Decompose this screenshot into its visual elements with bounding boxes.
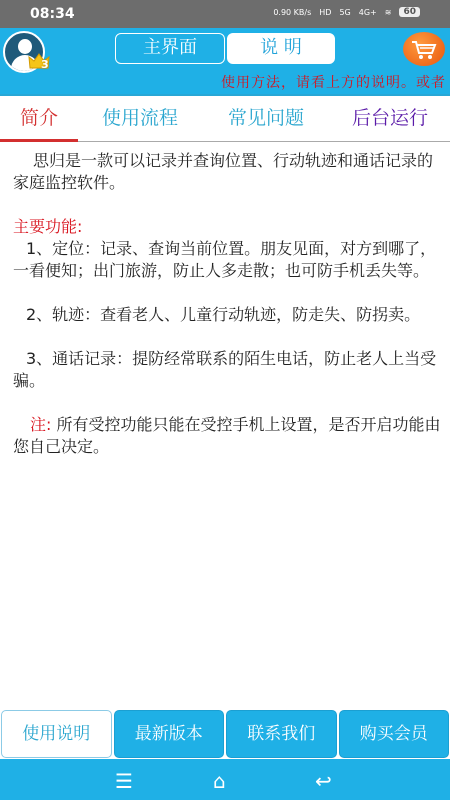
intro-text: 思归是一款可以记录并查询位置、行动轨迹和通话记录的家庭监控软件。 [13,151,433,192]
tab-main[interactable]: 主界面 [115,33,225,64]
cart-button[interactable] [403,32,445,66]
status-icons: 0.90 KB/s HD 5G 4G+ ≋ 60 [273,7,420,17]
tab-background-run[interactable]: 后台运行 [330,96,450,141]
battery-icon: 60 [399,7,420,17]
menu-icon[interactable]: ☰ [115,769,133,793]
vip-level-badge: 3 [41,58,49,71]
note-label: 注: [30,415,51,434]
status-bar: 08:34 0.90 KB/s HD 5G 4G+ ≋ 60 [0,0,450,28]
tab-usage-flow[interactable]: 使用流程 [78,96,202,141]
tab-intro[interactable]: 简介 [0,96,78,141]
intro-content: 思归是一款可以记录并查询位置、行动轨迹和通话记录的家庭监控软件。 主要功能: 1… [13,150,443,480]
system-nav-bar: ☰ ⌂ ↩ [0,759,450,800]
wifi-icon: ≋ [385,8,392,17]
status-time: 08:34 [30,6,75,22]
tab-help[interactable]: 说 明 [227,33,335,64]
latest-version-button[interactable]: 最新版本 [114,710,225,758]
cart-icon [403,32,445,66]
features-title: 主要功能: [13,216,443,238]
note-text: 所有受控功能只能在受控手机上设置，是否开启功能由您自己决定。 [13,415,441,456]
hd-icon: HD [319,8,331,17]
feature-2-text: 2、轨迹：查看老人、儿童行动轨迹，防走失、防拐卖。 [26,305,420,324]
buy-membership-button[interactable]: 购买会员 [339,710,450,758]
net-speed: 0.90 KB/s [273,8,311,17]
intro-paragraph: 思归是一款可以记录并查询位置、行动轨迹和通话记录的家庭监控软件。 [13,150,443,194]
feature-1: 1、定位：记录、查询当前位置。朋友见面，对方到哪了，一看便知；出门旅游，防止人多… [13,238,443,282]
contact-us-button[interactable]: 联系我们 [226,710,337,758]
usage-guide-button[interactable]: 使用说明 [1,710,112,758]
app-header: 3 主界面 说 明 使用方法，请看上方的说明。或者 [0,28,450,96]
feature-3-text: 3、通话记录：提防经常联系的陌生电话，防止老人上当受骗。 [13,349,436,390]
bottom-button-bar: 使用说明 最新版本 联系我们 购买会员 [0,710,450,758]
signal-4g-icon: 4G+ [359,8,377,17]
scrolling-notice: 使用方法，请看上方的说明。或者 [221,72,446,92]
feature-3: 3、通话记录：提防经常联系的陌生电话，防止老人上当受骗。 [13,348,443,392]
signal-5g-icon: 5G [339,8,350,17]
feature-2: 2、轨迹：查看老人、儿童行动轨迹，防走失、防拐卖。 [13,304,443,326]
feature-1-text: 1、定位：记录、查询当前位置。朋友见面，对方到哪了，一看便知；出门旅游，防止人多… [13,239,436,280]
home-icon[interactable]: ⌂ [213,769,226,793]
back-icon[interactable]: ↩ [315,769,332,793]
sub-tab-bar: 简介 使用流程 常见问题 后台运行 [0,96,450,142]
note: 注: 所有受控功能只能在受控手机上设置，是否开启功能由您自己决定。 [13,414,443,458]
top-tab-group: 主界面 说 明 [115,33,335,64]
tab-faq[interactable]: 常见问题 [202,96,330,141]
